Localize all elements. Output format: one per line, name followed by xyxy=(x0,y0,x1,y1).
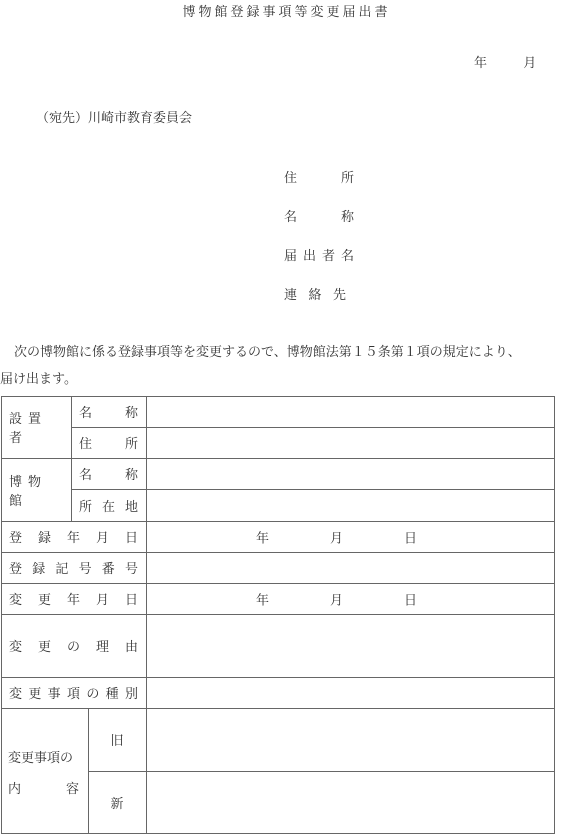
date-month: 月 xyxy=(523,52,536,71)
addressee: （宛先）川崎市教育委員会 xyxy=(36,107,192,126)
setter-address-label: 住所 xyxy=(71,427,146,458)
statement-line2: 届け出ます。 xyxy=(0,368,77,387)
change-date-label: 変更年月日 xyxy=(1,583,146,614)
applicant-notifier-label: 届出者名 xyxy=(284,245,354,264)
change-date-field[interactable]: 年 月 日 xyxy=(146,583,555,614)
museum-name-label: 名称 xyxy=(71,458,146,489)
registration-number-label: 登録記号番号 xyxy=(1,552,146,583)
applicant-name-label: 名称 xyxy=(284,206,354,225)
change-content-new-label: 新 xyxy=(88,771,146,834)
change-content-old-label: 旧 xyxy=(88,708,146,771)
change-content-label-line1: 変更事項の xyxy=(8,747,73,766)
registration-number-field[interactable] xyxy=(146,552,555,583)
setter-name-field[interactable] xyxy=(146,396,555,427)
change-type-field[interactable] xyxy=(146,677,555,708)
museum-location-field[interactable] xyxy=(146,489,555,521)
museum-name-field[interactable] xyxy=(146,458,555,489)
applicant-address-label: 住所 xyxy=(284,167,354,186)
change-content-old-field[interactable] xyxy=(146,708,555,771)
setter-name-label: 名称 xyxy=(71,396,146,427)
change-content-label-line2a: 内 xyxy=(8,778,21,797)
change-reason-label: 変更の理由 xyxy=(1,614,146,677)
applicant-contact-label: 連絡先 xyxy=(284,284,346,303)
change-type-label: 変更事項の種別 xyxy=(1,677,146,708)
registration-date-label: 登録年月日 xyxy=(1,521,146,552)
setter-group-label: 設置者 xyxy=(1,396,71,458)
change-content-new-field[interactable] xyxy=(146,771,555,834)
change-reason-field[interactable] xyxy=(146,614,555,677)
statement-line1: 次の博物館に係る登録事項等を変更するので、博物館法第１５条第１項の規定により、 xyxy=(14,341,521,360)
date-line: 年 月 日 xyxy=(474,52,573,71)
page-title: 博物館登録事項等変更届出書 xyxy=(0,1,573,20)
date-year: 年 xyxy=(474,52,487,71)
museum-group-label: 博物館 xyxy=(1,458,71,521)
registration-date-field[interactable]: 年 月 日 xyxy=(146,521,555,552)
museum-location-label: 所在地 xyxy=(71,489,146,521)
setter-address-field[interactable] xyxy=(146,427,555,458)
change-content-label-line2b: 容 xyxy=(66,778,79,797)
